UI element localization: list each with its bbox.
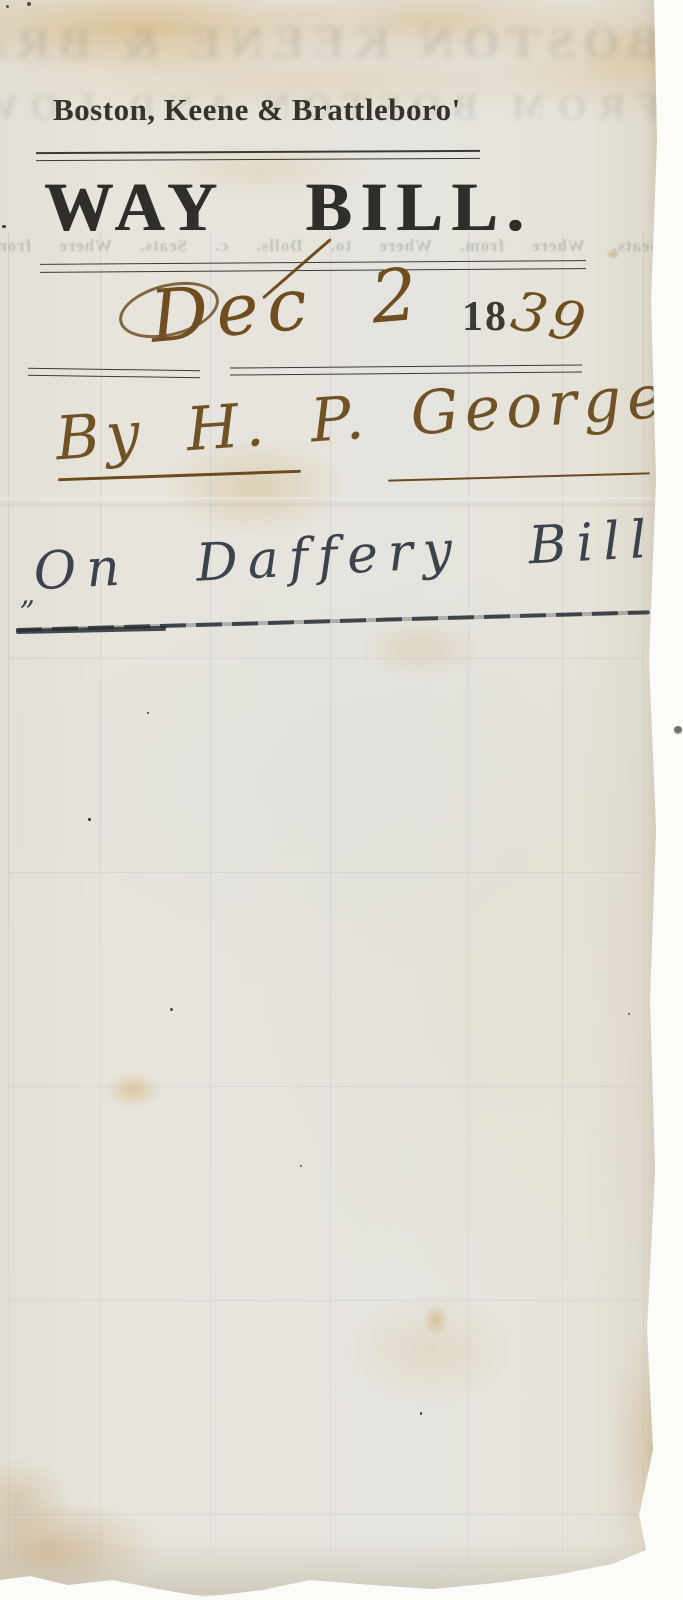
dust-speck xyxy=(420,1412,422,1415)
scanned-document: BOSTON KEENE & BRATTLEBORO FROM BOSTON A… xyxy=(0,0,683,1600)
dust-speck xyxy=(628,1013,630,1015)
dust-speck xyxy=(170,1008,173,1011)
bleedthrough-row-rule xyxy=(8,1086,643,1087)
bleedthrough-row-rule xyxy=(8,658,643,659)
dust-speck xyxy=(88,818,91,821)
notation-close-mark: „ xyxy=(657,543,674,579)
dust-speck xyxy=(27,2,31,6)
bleedthrough-row-rule xyxy=(8,1300,643,1301)
fold-crease xyxy=(0,497,660,506)
debris-on-scanner-margin xyxy=(674,726,682,733)
ink-underline-flourish xyxy=(388,472,650,481)
paper-sheet: BOSTON KEENE & BRATTLEBORO FROM BOSTON A… xyxy=(0,0,683,1600)
bleedthrough-headline-1: BOSTON KEENE & BRATTLEBORO xyxy=(0,16,660,70)
bleedthrough-column-rule xyxy=(8,232,9,1560)
handwritten-notation: „On Daffery Bill„ xyxy=(17,509,674,612)
notation-open-mark: „ xyxy=(18,576,35,612)
printed-year-prefix: 18 xyxy=(462,293,508,341)
bleedthrough-row-rule xyxy=(8,872,643,873)
bleedthrough-row-rule xyxy=(8,1514,643,1515)
route-heading: Boston, Keene & Brattleboro' xyxy=(53,92,461,128)
form-title: WAY BILL. xyxy=(44,168,533,247)
double-rule-date-left xyxy=(28,368,200,378)
dust-speck xyxy=(147,712,149,714)
dust-speck xyxy=(300,1165,302,1167)
paper-edge-shading-bottom xyxy=(0,1540,660,1595)
notation-text: On Daffery Bill xyxy=(32,510,658,603)
dust-speck xyxy=(2,225,6,228)
handwritten-agent-line: By H. P. George xyxy=(53,362,670,475)
double-rule-top xyxy=(36,150,480,161)
paper-edge-shading-right xyxy=(643,0,661,1600)
handwritten-year-suffix: 39 xyxy=(506,279,594,357)
dust-speck xyxy=(6,5,9,8)
